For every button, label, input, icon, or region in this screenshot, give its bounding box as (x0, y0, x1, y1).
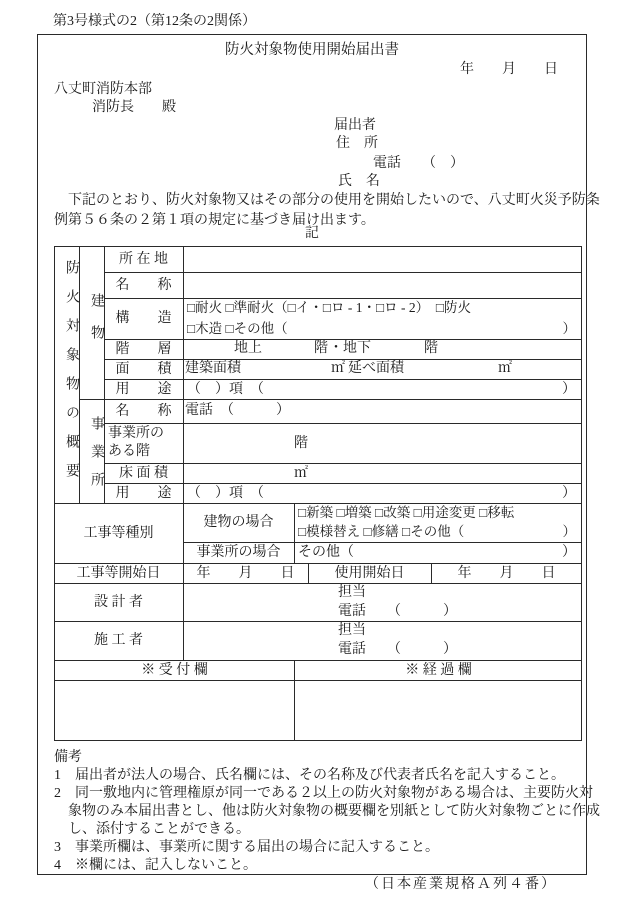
construction-start-ymd: 年 月 日 (183, 563, 308, 583)
note-line: 1 届出者が法人の場合、氏名欄には、その名称及び代表者氏名を記入すること。 (54, 767, 588, 785)
building-structure-label: 構 造 (104, 298, 183, 339)
declarant-label: 届出者 (334, 118, 376, 133)
designer-staff-label: 担当 (338, 583, 582, 602)
closing-paren: ） (563, 524, 577, 539)
office-group-label: 事業所 (82, 399, 104, 503)
building-floors-label: 階 層 (104, 339, 183, 359)
structure-options-line2: □木造 □その他（ ） (183, 318, 582, 338)
floors-above-label: 地上 (234, 341, 262, 356)
closing-paren: ） (562, 545, 576, 560)
floors-below-unit: 階 (424, 341, 438, 356)
declarant-name-label: 氏 名 (338, 174, 380, 189)
jis-paper-size-note: （日本産業規格Ａ列４番） (365, 877, 557, 892)
office-name-label: 名 称 (104, 399, 183, 423)
office-floor-area-unit: ㎡ (294, 466, 308, 481)
building-area-label: 面 積 (104, 359, 183, 379)
office-floor-area-label: 床 面 積 (104, 463, 183, 483)
building-address-label: 所 在 地 (104, 246, 183, 272)
office-phone-cell: 電話 （ ） (183, 399, 582, 423)
notes-section: 備考 1 届出者が法人の場合、氏名欄には、その名称及び代表者氏名を記入すること。… (54, 749, 588, 875)
use-start-label: 使用開始日 (308, 563, 431, 583)
building-area-unit: ㎡ (331, 361, 345, 376)
office-floor-label: 事業所の ある階 (104, 423, 183, 463)
office-case-options: その他（ ） (294, 542, 582, 563)
note-line: 象物のみ本届出書とし、他は防火対象物の概要欄を別紙として防火対象物ごとに作成 (54, 803, 588, 821)
form-number: 第3号様式の2（第12条の2関係） (53, 14, 256, 29)
form-outer-box: 防火対象物使用開始届出書 年 月 日 八丈町消防本部 消防長 殿 届出者 住 所… (37, 34, 587, 875)
construction-type-label: 工事等種別 (54, 503, 183, 563)
reception-column-label: ※ 受 付 欄 (54, 660, 295, 680)
body-text-line1: 下記のとおり、防火対象物又はその部分の使用を開始したいので、八丈町火災予防条 (54, 193, 600, 208)
building-group-label: 建物 (82, 246, 104, 399)
scanned-form-page: { "page": { "form_number": "第3号様式の2（第12条… (0, 0, 630, 903)
contractor-staff-label: 担当 (338, 621, 582, 640)
building-use-label: 用 途 (104, 379, 183, 399)
office-case-label: 事業所の場合 (183, 542, 294, 563)
total-area-unit: ㎡ (498, 361, 512, 376)
form-title: 防火対象物使用開始届出書 (38, 43, 586, 58)
closing-paren: ） (563, 321, 577, 336)
declarant-address-label: 住 所 (336, 136, 378, 151)
office-floor-label-line1: 事業所の (108, 425, 164, 443)
note-line: 2 同一敷地内に管理権原が同一である２以上の防火対象物がある場合は、主要防火対 (54, 785, 588, 803)
office-floor-label-line2: ある階 (108, 443, 150, 461)
building-case-options: □新築 □増築 □改築 □用途変更 □移転 □模様替え □修繕 □その他（ ） (294, 503, 582, 542)
office-floor-cell: 階 (183, 423, 582, 463)
addressee-org: 八丈町消防本部 (54, 82, 152, 97)
record-mark: 記 (38, 226, 586, 241)
notes-heading: 備考 (54, 749, 588, 767)
contractor-label: 施 工 者 (54, 621, 183, 660)
progress-column-label: ※ 経 過 欄 (295, 660, 582, 680)
use-start-ymd: 年 月 日 (431, 563, 582, 583)
contractor-cell: 担当 電話 （ ） (183, 621, 582, 660)
closing-paren: ） (562, 486, 576, 501)
designer-label: 設 計 者 (54, 583, 183, 621)
note-line: し、添付することができる。 (54, 821, 588, 839)
closing-paren: ） (562, 382, 576, 397)
floors-below-label: 地下 (343, 341, 371, 356)
office-use-cell: （ ）項 （ ） (183, 483, 582, 503)
contractor-phone-line: 電話 （ ） (338, 640, 582, 659)
building-case-line1: □新築 □増築 □改築 □用途変更 □移転 (294, 503, 582, 522)
building-use-left: （ ）項 （ (187, 382, 264, 397)
structure-other-option: □木造 □その他（ (187, 321, 288, 336)
building-case-label: 建物の場合 (183, 503, 294, 542)
structure-options-cell: □耐火 □準耐火（□イ・□ロ - 1・□ロ - 2） □防火 □木造 □その他（… (183, 298, 582, 339)
structure-options-line1: □耐火 □準耐火（□イ・□ロ - 1・□ロ - 2） □防火 (183, 298, 582, 318)
building-case-other: □模様替え □修繕 □その他（ (298, 524, 464, 539)
details-table: 防火対象物の概要 建物 事業所 所 在 地 名 称 構 造 階 層 面 積 用 … (54, 246, 582, 741)
office-case-other: その他（ (298, 545, 354, 560)
overview-group-label: 防火対象物の概要 (57, 246, 79, 503)
designer-phone-line: 電話 （ ） (338, 602, 582, 621)
building-name-label: 名 称 (104, 272, 183, 298)
total-area-field-label: 延べ面積 (348, 361, 404, 376)
designer-cell: 担当 電話 （ ） (183, 583, 582, 621)
building-case-line2: □模様替え □修繕 □その他（ ） (294, 522, 582, 541)
floors-cell: 地上 階 ・ 地下 階 (183, 339, 582, 359)
building-area-field-label: 建築面積 (185, 361, 241, 376)
office-floor-unit: 階 (294, 436, 308, 451)
construction-start-label: 工事等開始日 (54, 563, 183, 583)
addressee-person: 消防長 殿 (92, 100, 176, 115)
floors-above-unit: 階 (314, 341, 328, 356)
note-line: 4 ※欄には、記入しないこと。 (54, 857, 588, 875)
area-cell: 建築面積 ㎡ 延べ面積 ㎡ (183, 359, 582, 379)
office-use-left: （ ）項 （ (187, 486, 264, 501)
office-floor-area-cell: ㎡ (183, 463, 582, 483)
building-use-cell: （ ）項 （ ） (183, 379, 582, 399)
declarant-phone-line: 電話 （ ） (373, 156, 464, 171)
office-use-label: 用 途 (104, 483, 183, 503)
date-line: 年 月 日 (460, 62, 558, 77)
floors-separator: ・ (329, 341, 343, 356)
note-line: 3 事業所欄は、事業所に関する届出の場合に記入すること。 (54, 839, 588, 857)
